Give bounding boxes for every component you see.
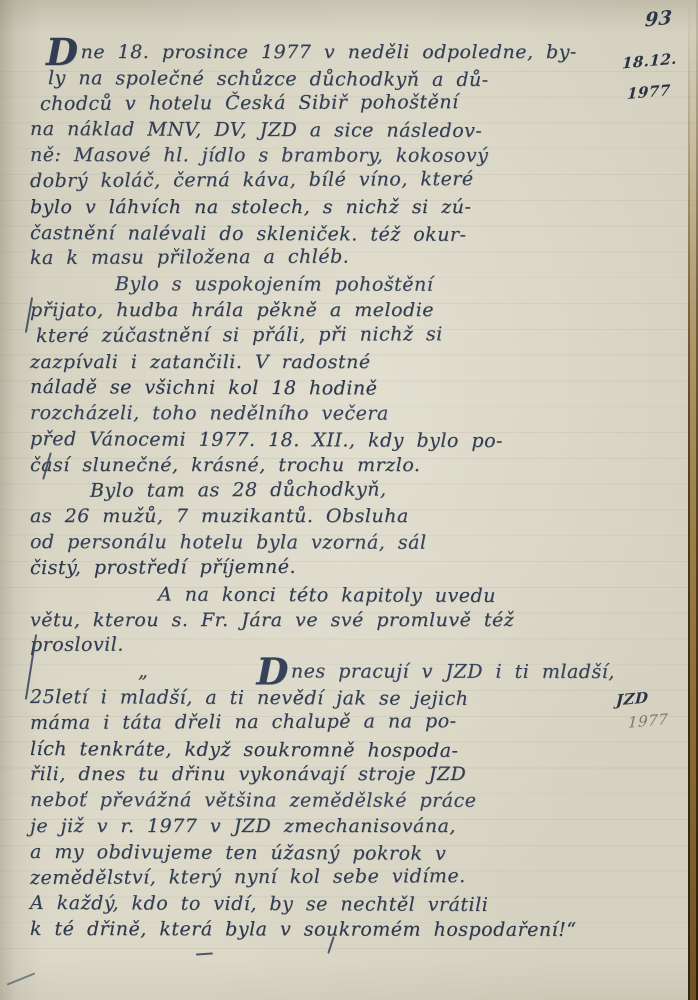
manuscript-line: A každý, kdo to vidí, by se nechtěl vrát… [30, 891, 642, 919]
manuscript-line: Dne 18. prosince 1977 v neděli odpoledne… [30, 40, 642, 66]
manuscript-line: na náklad MNV, DV, JZD a sice následov- [30, 117, 642, 145]
manuscript-line: zazpívali i zatančili. V radostné [30, 350, 642, 376]
manuscript-line: čistý, prostředí příjemné. [30, 553, 642, 581]
manuscript-line: rozcházeli, toho nedělního večera [30, 401, 642, 428]
manuscript-line: větu, kterou s. Fr. Jára ve své promluvě… [30, 608, 642, 634]
manuscript-line: je již v r. 1977 v JZD zmechanisována, [30, 814, 642, 840]
ink-stroke [196, 952, 213, 955]
handwritten-text: Dne 18. prosince 1977 v neděli odpoledne… [30, 40, 642, 943]
page-number: 93 [644, 6, 673, 31]
manuscript-line: před Vánocemi 1977. 18. XII., kdy bylo p… [30, 427, 642, 455]
manuscript-line: k té dřině, která byla v soukromém hospo… [30, 917, 642, 944]
scanned-chronicle-page: { "page": { "number": "93" }, "margin_no… [0, 0, 698, 1000]
manuscript-line: máma i táta dřeli na chalupě a na po- [30, 708, 642, 736]
manuscript-line: zemědělství, který nyní kol sebe vidíme. [30, 863, 642, 891]
manuscript-line: Bylo tam as 28 důchodkyň, [30, 476, 642, 504]
manuscript-line: časí slunečné, krásné, trochu mrzlo. [30, 453, 642, 479]
manuscript-line: A na konci této kapitoly uvedu [30, 582, 642, 610]
manuscript-line: „Dnes pracují v JZD i ti mladší, [30, 659, 642, 686]
manuscript-line: proslovil. [30, 631, 642, 659]
manuscript-line: Bylo s uspokojením pohoštění [30, 272, 642, 299]
manuscript-line: lích tenkráte, když soukromně hospoda- [30, 737, 642, 765]
manuscript-line: přijato, hudba hrála pěkně a melodie [30, 298, 642, 324]
manuscript-line: které zúčastnění si přáli, při nichž si [30, 321, 642, 349]
manuscript-line: náladě se všichni kol 18 hodině [30, 375, 642, 403]
ink-stroke [7, 972, 36, 985]
manuscript-line: dobrý koláč, černá káva, bílé víno, kter… [30, 166, 642, 194]
book-page-edge-line [688, 0, 690, 1000]
manuscript-line: bylo v láhvích na stolech, s nichž si zú… [30, 195, 642, 221]
drop-cap-letter: D [148, 663, 289, 679]
manuscript-line: ka k masu přiložena a chléb. [30, 244, 642, 272]
drop-cap-letter: D [38, 44, 79, 60]
manuscript-line: as 26 mužů, 7 muzikantů. Obsluha [30, 504, 642, 530]
manuscript-line: chodců v hotelu Česká Sibiř pohoštění [30, 89, 642, 117]
manuscript-line: řili, dnes tu dřinu vykonávají stroje JZ… [30, 762, 642, 788]
manuscript-line: neboť převážná většina zemědělské práce [30, 788, 642, 815]
